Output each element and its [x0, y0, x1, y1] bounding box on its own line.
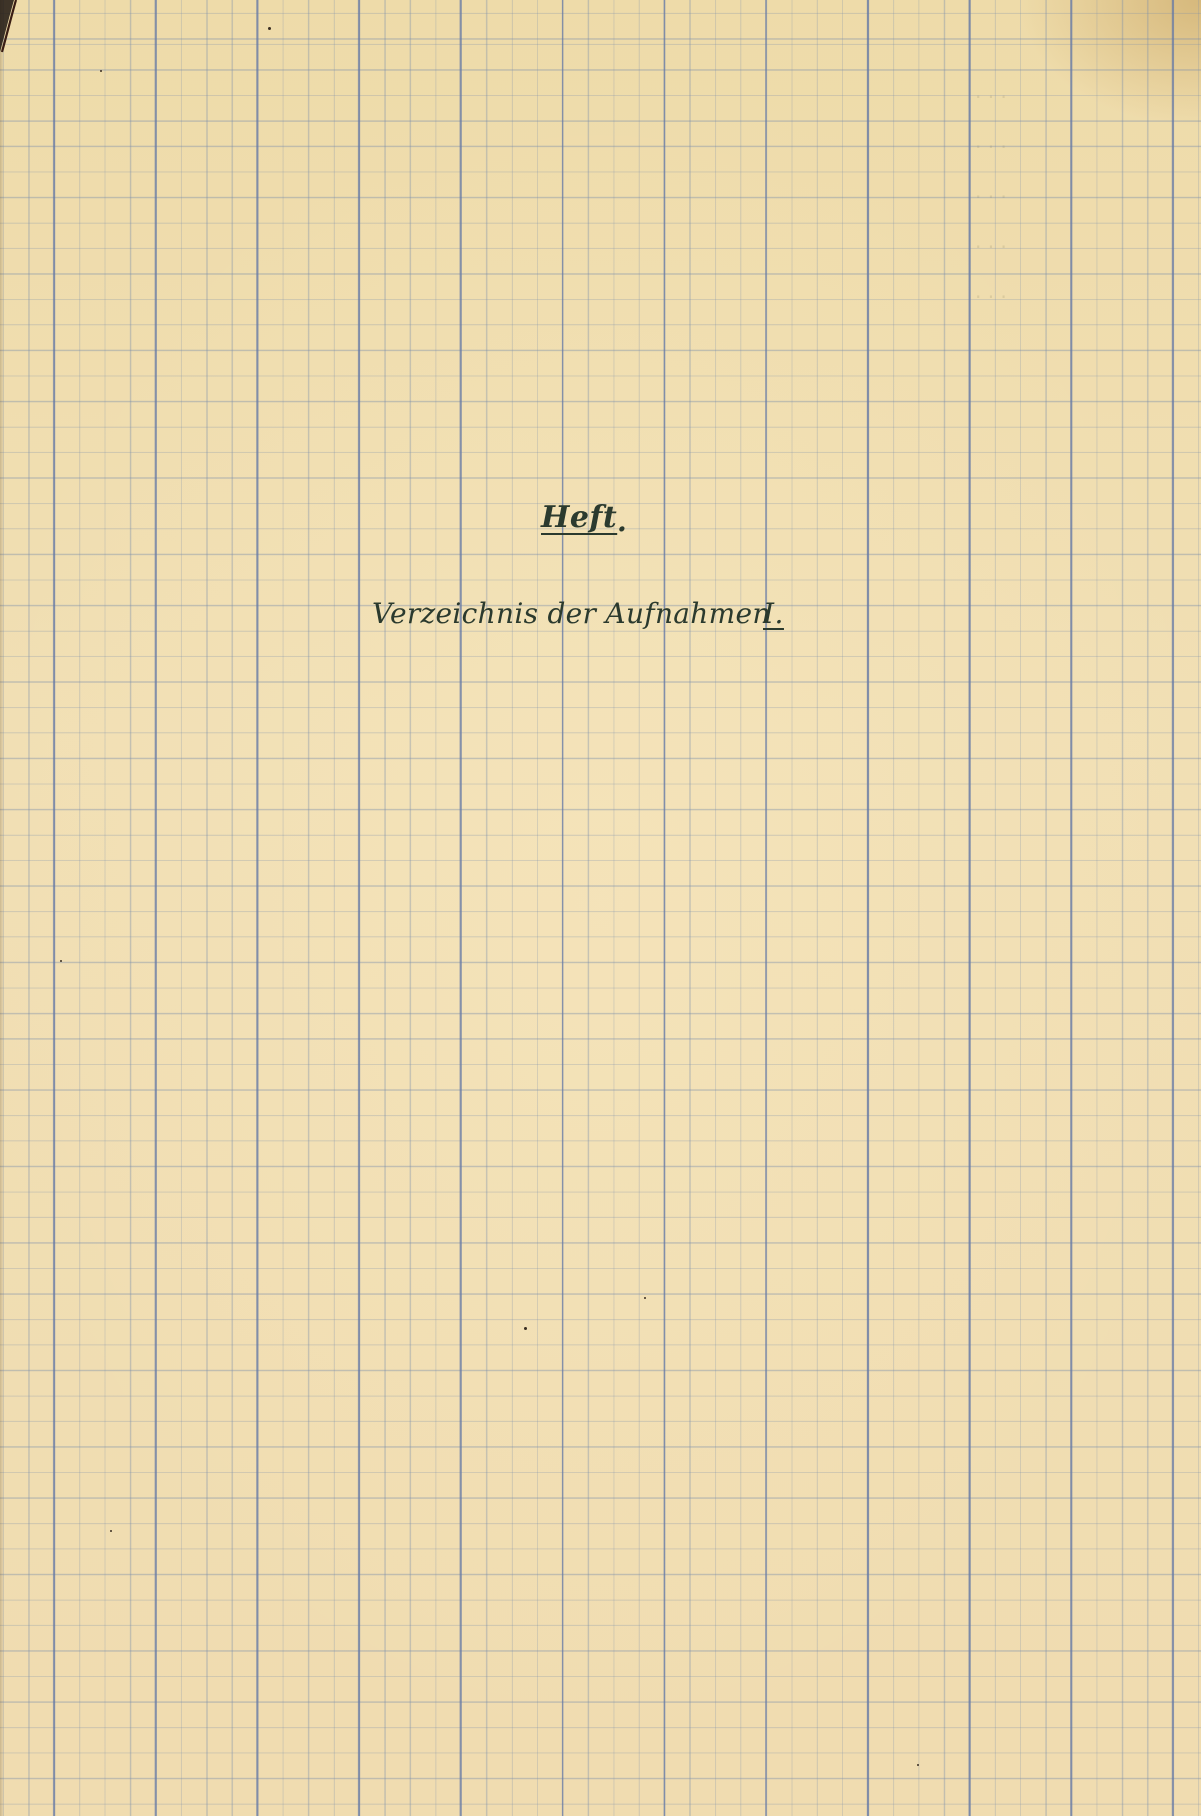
corner-fold-mark	[0, 0, 18, 60]
heading-title-period: .	[617, 505, 627, 538]
heading-subtitle: Verzeichnis der Aufnahmen	[372, 597, 771, 630]
paper-speck	[524, 1327, 527, 1330]
paper-edge-shadow	[0, 0, 4, 1816]
paper-speck	[644, 1297, 646, 1299]
graph-grid-major	[0, 0, 1201, 1816]
paper-speck	[110, 1530, 112, 1532]
heading-title: Heft	[541, 500, 617, 535]
paper-speck	[100, 70, 102, 72]
paper-speck	[917, 1764, 919, 1766]
paper-speck	[268, 27, 271, 30]
heading-subtitle-numeral: I.	[763, 597, 784, 630]
paper-speck	[60, 960, 62, 962]
